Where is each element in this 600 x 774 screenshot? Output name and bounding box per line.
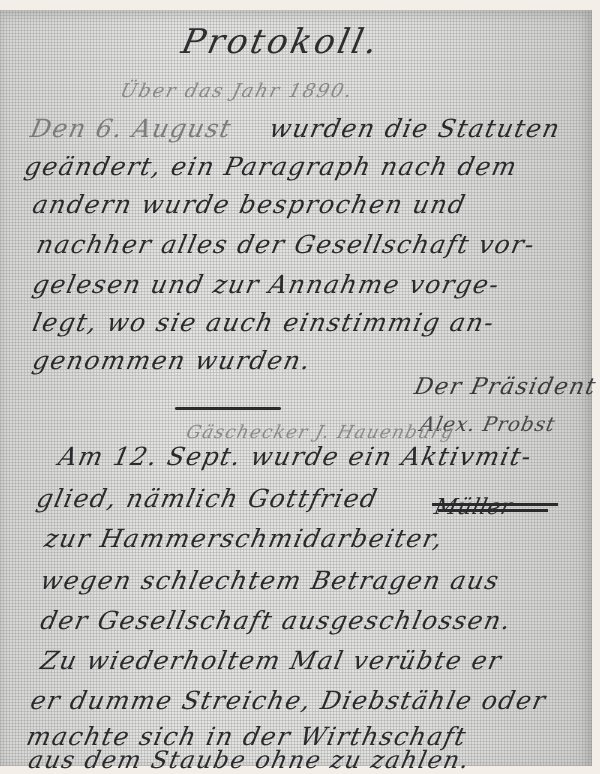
text-line: wegen schlechtem Betragen aus — [38, 566, 503, 595]
text-line: andern wurde besprochen und — [30, 190, 469, 219]
signature-title: Der Präsident — [412, 374, 599, 400]
text-line: nachher alles der Gesellschaft vor- — [34, 230, 538, 259]
text-line: legt, wo sie auch einstimmig an- — [30, 308, 498, 337]
document-title: Protokoll. — [178, 22, 384, 62]
date-august: Den 6. August — [28, 114, 235, 143]
struck-out-word: Müller — [432, 495, 558, 515]
text-line: glied, nämlich Gottfried — [34, 484, 381, 513]
pencil-annotation-secretary: Gäschecker J. Hauenburg — [184, 422, 457, 443]
text-line: gelesen und zur Annahme vorge- — [30, 270, 503, 299]
pencil-annotation-year: Über das Jahr 1890. — [118, 80, 356, 102]
text-line: der Gesellschaft ausgeschlossen. — [38, 606, 515, 635]
text-line: aus dem Staube ohne zu zahlen. — [26, 746, 473, 774]
text-line: genommen wurden. — [30, 346, 314, 375]
handwritten-page: Protokoll. Über das Jahr 1890. Den 6. Au… — [0, 10, 592, 766]
section-divider — [175, 407, 281, 410]
text-line: er dumme Streiche, Diebstähle oder — [28, 686, 549, 715]
text-line: geändert, ein Paragraph nach dem — [22, 152, 521, 181]
text-line: zur Hammerschmidarbeiter, — [42, 524, 446, 553]
text-line: Am 12. Sept. wurde ein Aktivmit- — [56, 442, 535, 471]
text-line: Den 6. August wurden die Statuten — [28, 114, 564, 143]
text-line: Zu wiederholtem Mal verübte er — [38, 646, 505, 675]
